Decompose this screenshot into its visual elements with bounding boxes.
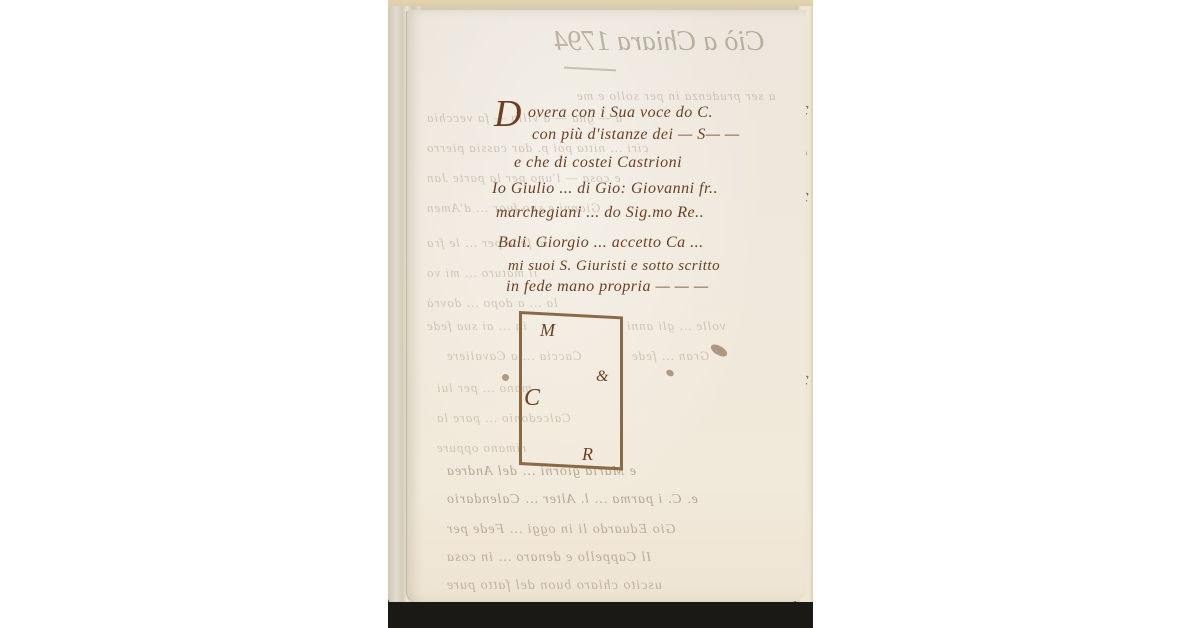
bleed-line: Calcedonio ... pare la [436, 410, 571, 426]
text-line: mi suoi S. Giuristi e sotto scritto [508, 258, 720, 275]
bleed-line: Gio Eduardo li in oggi ... Fede per [446, 522, 676, 538]
heading-underline [564, 67, 616, 72]
ink-blot [501, 373, 511, 383]
bleed-line: rimano oppure [436, 440, 526, 456]
bleed-line: la fede per ... le fra [426, 235, 548, 251]
bleed-line: e Maria giorni ... del Andrea [446, 464, 636, 480]
manuscript-page: Ciò a Chiara 1794 a ser prudenza in per … [406, 10, 806, 602]
box-mark-left: C [524, 385, 540, 412]
heading-bleedthrough: Ciò a Chiara 1794 [554, 26, 765, 58]
text-line: con più d'istanze dei — S— — [532, 126, 740, 144]
text-line: in fede mano propria — — — [506, 278, 709, 296]
bleed-line: il maturo ... mi vo [426, 265, 537, 281]
box-mark-top: M [540, 320, 555, 341]
manuscript-scan: C p e C C Ciò a Chiara 1794 a ser pruden… [388, 0, 813, 628]
text-line: e che di costei Castrioni [514, 154, 682, 172]
bleed-line: a ser prudenza in per sollo e me [576, 88, 775, 104]
box-mark-bottom: R [582, 444, 593, 465]
bleed-line: a — gna — a villa — fa vecchia [426, 110, 622, 126]
bleed-line: in ... ai sua fede [426, 318, 527, 334]
text-line: Bali. Giorgio ... accetto Ca ... [498, 234, 704, 252]
bleed-line: la ... a dopo ... dovrà [426, 295, 558, 311]
text-line: marchegiani ... do Sig.mo Re.. [496, 204, 704, 222]
bleed-line: Gianni e suo fuor ... d'Amen [426, 200, 601, 216]
bleed-line: ciri ... nitta poi p. dar cassia pierro [426, 140, 648, 156]
bleed-line: e cosa — l'uno per la parte Jan [426, 170, 620, 186]
bleed-line: uscito chiaro buon del fatto pure [446, 578, 662, 594]
bleed-line: mano ... per lui [436, 380, 531, 396]
bleed-line: volle ... gli anni [626, 318, 726, 334]
ink-blot [665, 368, 675, 377]
bleed-line: Il Cappello e denaro ... in cosa [446, 550, 651, 566]
text-line: overa con i Sua voce do C. [528, 104, 713, 122]
ink-blot [709, 342, 729, 359]
decorated-initial: D [494, 92, 521, 136]
drawn-rectangle [519, 311, 623, 470]
bleed-line: Gran ... fede [631, 348, 709, 364]
scan-background-bottom [388, 602, 813, 628]
bleed-line: Caccia ... a Cavaliere [446, 348, 582, 364]
box-mark-right: & [596, 368, 608, 386]
bleed-line: e. C. i parma ... l. Alter ... Calendari… [446, 492, 698, 508]
text-line: Io Giulio ... di Gio: Giovanni fr.. [492, 180, 718, 198]
